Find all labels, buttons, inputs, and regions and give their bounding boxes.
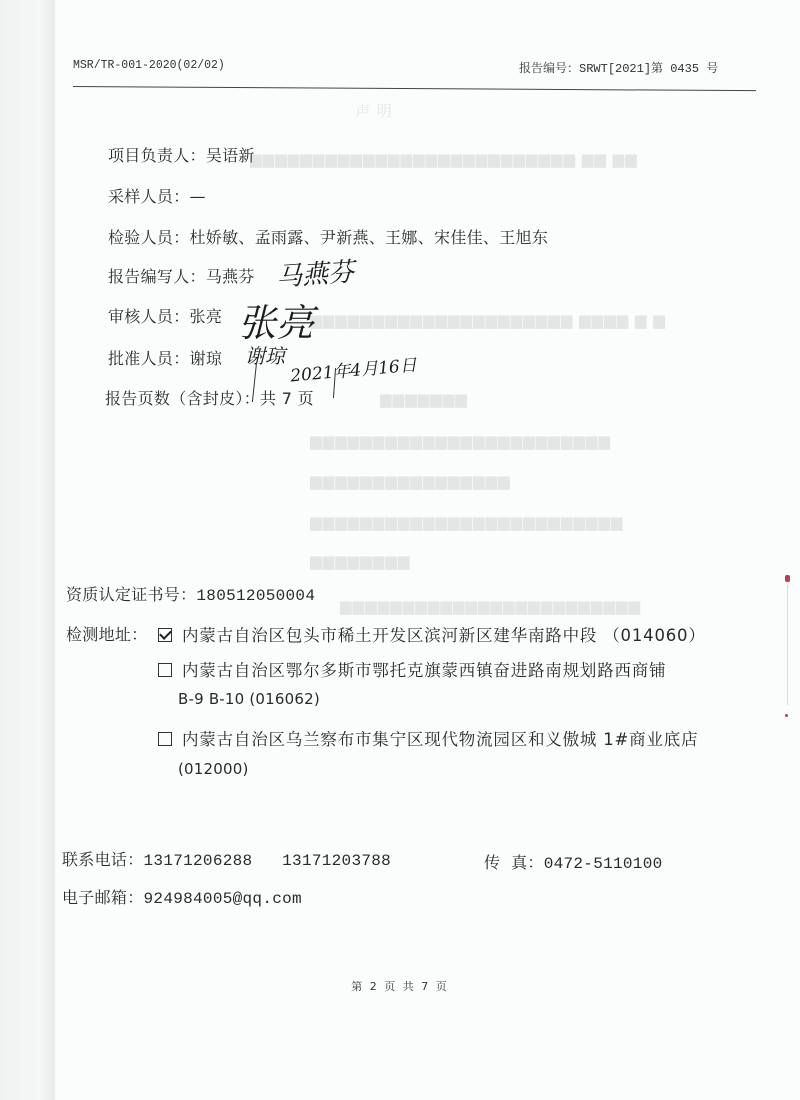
form-code: MSR/TR-001-2020(02/02) [73,59,225,72]
scan-artifact-mark [785,575,790,582]
reviewer-value: 张亮 [190,307,223,326]
fax-value: 0472-5110100 [544,855,663,873]
address-line: 内蒙古自治区乌兰察布市集宁区现代物流园区和义傲城 1#商业底店 [182,730,698,749]
address-checkbox-checked[interactable] [158,628,172,642]
sampler-label: 采样人员： [108,187,190,206]
reviewer-signature: 张亮 [238,292,314,347]
report-number-value: SRWT[2021]第 0435 号 [579,62,718,76]
writer-field: 报告编写人：马燕芬 [108,264,255,287]
approver-field: 批准人员：谢琼 [108,346,222,369]
writer-value: 马燕芬 [206,267,255,286]
project-lead-field: 项目负责人：吴语新 [108,143,255,166]
bleed-through-text: ▆▆▆▆▆▆▆▆ [310,552,410,570]
scan-artifact-line [787,585,788,705]
fax-label: 传 真： [484,853,544,872]
sampler-value: — [190,187,206,206]
fax-field: 传 真：0472-5110100 [484,850,663,873]
bleed-through-text: ▆▆▆▆▆▆▆▆▆▆▆▆▆▆▆▆▆▆▆▆▆▆▆▆ [310,432,611,450]
bleed-through-text: ▆▆▆▆▆▆▆▆▆▆▆▆▆▆▆▆ [310,472,511,490]
phone-value: 13171206288 13171203788 [144,852,392,870]
address-checkbox[interactable] [158,663,172,677]
inspectors-field: 检验人员：杜娇敏、孟雨露、尹新燕、王娜、宋佳佳、王旭东 [108,225,548,248]
writer-label: 报告编写人： [108,267,206,286]
approver-signed-date: 2021年4月16日 [289,351,417,387]
address-line-continued: B-9 B-10 (016062) [178,690,320,708]
approver-signature: 谢琼 [245,340,285,369]
header-divider [73,86,756,91]
qualification-label: 资质认定证书号： [66,585,196,604]
bleed-through-text: ▆▆▆▆▆▆▆▆▆▆▆▆▆▆▆▆▆▆▆▆▆▆▆▆ [340,597,641,615]
qualification-field: 资质认定证书号：180512050004 [66,582,315,605]
test-address-label: 检测地址： [66,622,148,645]
bleed-through-text: 声 明 [355,100,393,121]
report-number: 报告编号：SRWT[2021]第 0435 号 [519,59,718,76]
bleed-through-text: ▆▆▆▆▆▆▆▆▆▆▆▆▆▆▆▆▆▆▆▆▆▆▆▆▆ [310,513,623,531]
page-count-value: 共 7 页 [260,389,314,408]
phone-label: 联系电话： [62,850,144,869]
scan-edge-shadow [0,0,56,1100]
email-field: 电子邮箱：924984005@qq.com [62,885,302,908]
approver-value: 谢琼 [190,349,223,368]
address-line: 内蒙古自治区鄂尔多斯市鄂托克旗蒙西镇奋进路南规划路西商铺 [182,661,666,680]
address-option-1: 内蒙古自治区包头市稀土开发区滨河新区建华南路中段 （014060） [158,622,706,646]
scan-artifact-mark [785,714,788,717]
email-value: 924984005@qq.com [144,890,302,908]
sampler-field: 采样人员：— [108,184,206,207]
address-option-2: 内蒙古自治区鄂尔多斯市鄂托克旗蒙西镇奋进路南规划路西商铺 [158,657,666,681]
writer-signature: 马燕芬 [275,251,355,293]
bleed-through-text: ▆▆▆▆▆▆▆ [380,390,468,408]
reviewer-field: 审核人员：张亮 [108,304,222,327]
page-count-field: 报告页数（含封皮）：共 7 页 [105,386,314,409]
bleed-through-text: ▆▆▆▆▆▆▆▆▆▆▆▆▆▆▆▆▆▆▆▆▆ ▆▆▆▆ ▆ ▆ [310,311,666,329]
phone-field: 联系电话：13171206288 13171203788 [62,847,391,870]
reviewer-label: 审核人员： [108,307,190,326]
project-lead-value: 吴语新 [206,146,255,165]
approver-label: 批准人员： [108,349,190,368]
project-lead-label: 项目负责人： [108,146,206,165]
qualification-value: 180512050004 [196,587,315,605]
page-indicator: 第 2 页 共 7 页 [0,978,800,994]
address-line-continued: (012000) [178,760,249,778]
address-line: 内蒙古自治区包头市稀土开发区滨河新区建华南路中段 （014060） [182,626,706,645]
bleed-through-text: ▆▆▆▆▆▆▆▆▆▆▆▆▆▆▆▆▆▆▆▆▆▆▆▆▆▆ ▆▆ ▆▆ [250,150,638,168]
address-checkbox[interactable] [158,732,172,746]
report-number-label: 报告编号： [519,61,579,75]
address-option-3: 内蒙古自治区乌兰察布市集宁区现代物流园区和义傲城 1#商业底店 [158,726,698,750]
email-label: 电子邮箱： [62,888,144,907]
inspectors-value: 杜娇敏、孟雨露、尹新燕、王娜、宋佳佳、王旭东 [190,228,549,247]
page-count-label: 报告页数（含封皮）： [105,389,260,408]
inspectors-label: 检验人员： [108,228,190,247]
